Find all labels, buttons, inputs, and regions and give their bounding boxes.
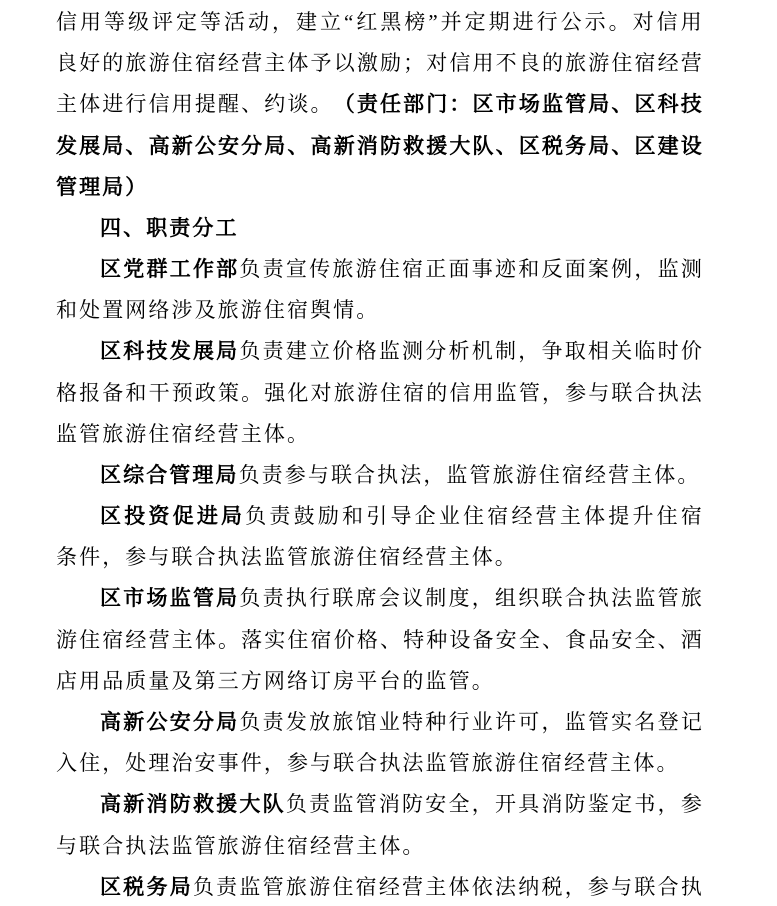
glyph: 、 [241,94,262,115]
glyph: 全 [635,630,656,651]
glyph: 分 [192,218,213,239]
glyph: 理 [148,753,169,774]
glyph: 参 [588,877,609,898]
glyph: 执 [125,836,146,857]
glyph: 和 [518,259,539,280]
glyph: 监 [426,753,447,774]
glyph: 联 [634,877,655,898]
glyph: 游 [588,53,609,74]
glyph: 营 [333,836,354,857]
glyph: 测 [402,341,423,362]
glyph: 落 [241,630,262,651]
glyph: 和 [125,383,146,404]
glyph: 馆 [356,712,377,733]
glyph: 法 [495,877,516,898]
glyph: 宿 [562,465,583,486]
glyph: 全 [449,794,470,815]
text-line-10: 格报备和干预政策。强化对旅游住宿的信用监管，参与联合执法 [56,373,702,414]
glyph: 件 [79,547,100,568]
glyph: 立 [320,12,341,33]
glyph: 高 [311,136,332,157]
glyph: 依 [472,877,493,898]
glyph: 合 [354,465,375,486]
glyph: 管 [287,547,308,568]
glyph: 旅 [565,53,586,74]
glyph: 时 [658,341,679,362]
glyph: 局 [215,465,236,486]
glyph: 监 [56,424,77,445]
glyph: 条 [56,547,77,568]
glyph: 局 [221,506,242,527]
glyph: 理 [79,177,100,198]
glyph: 安 [496,630,517,651]
glyph: 。 [609,12,630,33]
glyph: 管 [658,588,679,609]
glyph: 订 [310,671,331,692]
glyph: 住 [79,753,100,774]
glyph: 管 [195,836,216,857]
glyph: 防 [402,794,423,815]
text-line-2: 良好的旅游住宿经营主体予以激励；对信用不良的旅游住宿经营 [56,43,702,84]
glyph: 品 [102,671,123,692]
glyph: 防 [565,794,586,815]
glyph: 住 [264,300,285,321]
glyph: ： [449,94,470,115]
glyph: 良 [56,53,77,74]
glyph: 局 [216,712,237,733]
glyph: 进 [513,12,534,33]
glyph: 体 [472,547,493,568]
glyph: 执 [218,547,239,568]
glyph: 负 [193,877,214,898]
glyph: 监 [634,588,655,609]
glyph: 信 [657,12,678,33]
glyph: 群 [146,259,167,280]
glyph: 管 [519,383,540,404]
glyph: 业 [379,712,400,733]
glyph: 管 [193,588,214,609]
glyph: 级 [128,12,149,33]
glyph: 执 [588,588,609,609]
glyph: 。 [677,465,698,486]
glyph: 消 [541,794,562,815]
glyph: 行 [537,12,558,33]
glyph: 门 [426,94,447,115]
glyph: 党 [123,259,144,280]
glyph: 升 [632,506,653,527]
glyph: 对 [311,383,332,404]
glyph: 旅 [125,53,146,74]
glyph: 责 [263,712,284,733]
glyph: 公 [195,136,216,157]
glyph: 可 [518,712,539,733]
glyph: 责 [309,794,330,815]
glyph: 经 [310,836,331,857]
glyph: 报 [79,383,100,404]
glyph: 高 [100,712,121,733]
glyph: 负 [286,794,307,815]
glyph: 场 [519,94,540,115]
glyph: 涉 [171,300,192,321]
glyph: 以 [334,53,355,74]
glyph: 励 [318,506,339,527]
glyph: 税 [541,877,562,898]
glyph: 主 [356,836,377,857]
glyph: 第 [195,671,216,692]
glyph: 监 [426,671,447,692]
glyph: 负 [239,465,260,486]
glyph: 。 [287,424,308,445]
glyph: 新 [334,136,355,157]
glyph: 迹 [495,259,516,280]
glyph: （ [334,94,355,115]
glyph: 与 [148,547,169,568]
glyph: 监 [446,465,467,486]
text-line-22: 区税务局负责监管旅游住宿经营主体依法纳税，参与联合执 [56,867,702,906]
glyph: 旅 [332,712,353,733]
glyph: 区 [473,94,494,115]
glyph: 综 [123,465,144,486]
glyph: 、 [611,94,632,115]
glyph: 游 [125,424,146,445]
glyph: 区 [100,506,121,527]
glyph: 监 [496,383,517,404]
glyph: 名 [634,712,655,733]
glyph: 消 [357,136,378,157]
glyph: 促 [173,506,194,527]
glyph: 企 [415,506,436,527]
glyph: 与 [611,877,632,898]
glyph: 责 [357,94,378,115]
glyph: 参 [287,753,308,774]
glyph: 合 [195,547,216,568]
glyph: 络 [287,671,308,692]
glyph: 舆 [310,300,331,321]
glyph: 宿 [287,836,308,857]
glyph: 营 [218,424,239,445]
glyph: 宿 [356,877,377,898]
glyph: 高 [149,136,170,157]
glyph: 营 [402,877,423,898]
glyph: 与 [588,383,609,404]
glyph: 纳 [518,877,539,898]
glyph: 主 [449,547,470,568]
glyph: 事 [218,753,239,774]
glyph: 监 [239,877,260,898]
glyph: 店 [56,671,77,692]
glyph: 执 [377,465,398,486]
glyph: 住 [539,465,560,486]
glyph: 局 [102,177,123,198]
glyph: 住 [380,383,401,404]
glyph: 宿 [379,547,400,568]
glyph: 局 [216,341,237,362]
glyph: 游 [241,836,262,857]
glyph: 格 [356,341,377,362]
glyph: 安 [425,794,446,815]
glyph: 事 [472,259,493,280]
glyph: 放 [309,712,330,733]
glyph: 品 [588,630,609,651]
glyph: 住 [264,836,285,857]
text-line-6: 四、职责分工 [56,208,702,249]
glyph: 执 [681,877,702,898]
glyph: 网 [125,300,146,321]
glyph: 的 [402,671,423,692]
glyph: 法 [400,465,421,486]
glyph: 参 [681,794,702,815]
glyph: 体 [449,877,470,898]
glyph: 。 [218,630,239,651]
glyph: 四 [100,218,121,239]
glyph: 合 [565,588,586,609]
glyph: 技 [146,341,167,362]
glyph: 发 [170,341,191,362]
glyph: 宿 [635,53,656,74]
text-line-15: 区市场监管局负责执行联席会议制度，组织联合执法监管旅 [56,578,702,619]
glyph: ， [272,12,293,33]
glyph: 展 [193,341,214,362]
glyph: 全 [519,630,540,651]
text-line-17: 店用品质量及第三方网络订房平台的监管。 [56,661,702,702]
glyph: 处 [125,753,146,774]
glyph: 经 [379,877,400,898]
glyph: 局 [170,877,191,898]
glyph: 负 [245,506,266,527]
glyph: 局 [216,588,237,609]
glyph: 酒 [681,630,702,651]
glyph: 记 [681,712,702,733]
glyph: 和 [56,300,77,321]
glyph: 区 [519,136,540,157]
glyph: 市 [496,94,517,115]
glyph: 。 [356,300,377,321]
glyph: 设 [449,630,470,651]
glyph: 度 [449,588,470,609]
glyph: 场 [146,588,167,609]
glyph: 务 [146,877,167,898]
glyph: “ [344,12,353,33]
glyph: 建 [296,12,317,33]
glyph: 备 [473,630,494,651]
glyph: 游 [333,547,354,568]
glyph: 提 [608,506,629,527]
glyph: 安 [611,630,632,651]
glyph: 信 [449,383,470,404]
glyph: 。 [402,836,423,857]
glyph: 价 [332,341,353,362]
glyph: 监 [170,588,191,609]
glyph: 好 [79,53,100,74]
glyph: 联 [611,383,632,404]
glyph: 新 [172,136,193,157]
glyph: 大 [239,794,260,815]
glyph: 制 [425,588,446,609]
glyph: 。 [241,383,262,404]
glyph: 发 [56,136,77,157]
glyph: 展 [79,136,100,157]
glyph: 宿 [171,424,192,445]
glyph: 经 [218,53,239,74]
glyph: 机 [472,341,493,362]
glyph: 安 [195,753,216,774]
glyph: 作 [193,259,214,280]
glyph: 对 [633,12,654,33]
glyph: 励 [380,53,401,74]
glyph: 旅 [102,424,123,445]
glyph: 法 [402,753,423,774]
glyph: 进 [102,94,123,115]
glyph: 住 [332,877,353,898]
glyph: 管 [588,712,609,733]
glyph: 局 [264,136,285,157]
glyph: 食 [565,630,586,651]
glyph: 信 [149,94,170,115]
glyph: 科 [123,341,144,362]
glyph: ， [565,877,586,898]
glyph: 台 [379,671,400,692]
glyph: 分 [425,341,446,362]
glyph: 合 [635,383,656,404]
glyph: 约 [264,94,285,115]
glyph: 种 [425,712,446,733]
glyph: 执 [379,753,400,774]
glyph: 、 [123,218,144,239]
glyph: 宿 [287,300,308,321]
glyph: 区 [635,136,656,157]
glyph: 主 [610,753,631,774]
text-line-12: 区综合管理局负责参与联合执法，监管旅游住宿经营主体。 [56,455,702,496]
glyph: 安 [218,136,239,157]
glyph: 局 [588,94,609,115]
glyph: 处 [79,300,100,321]
glyph: 许 [495,712,516,733]
glyph: 宿 [311,630,332,651]
glyph: ， [658,794,679,815]
glyph: ， [423,465,444,486]
glyph: 建 [286,341,307,362]
glyph: 置 [102,300,123,321]
glyph: 发 [286,712,307,733]
glyph: 区 [100,259,121,280]
glyph: 面 [565,259,586,280]
glyph: 管 [79,424,100,445]
glyph: 体 [633,753,654,774]
glyph: 联 [332,588,353,609]
glyph: 干 [149,383,170,404]
glyph: 主 [631,465,652,486]
glyph: 强 [264,383,285,404]
glyph: 监 [332,794,353,815]
glyph: 建 [658,136,679,157]
glyph: 住 [379,259,400,280]
glyph: 游 [357,383,378,404]
glyph: 责 [262,465,283,486]
glyph: 监 [542,94,563,115]
glyph: 方 [241,671,262,692]
glyph: 体 [654,465,675,486]
text-line-3: 主体进行信用提醒、约谈。（责任部门：区市场监管局、区科技 [56,84,702,125]
glyph: 体 [379,836,400,857]
glyph: 管 [263,877,284,898]
glyph: 预 [172,383,193,404]
glyph: 营 [536,506,557,527]
glyph: 动 [248,12,269,33]
glyph: 用 [79,671,100,692]
glyph: 、 [496,136,517,157]
glyph: 安 [170,712,191,733]
glyph: 备 [102,383,123,404]
glyph: 职 [146,218,167,239]
glyph: 主 [560,506,581,527]
glyph: 主 [172,630,193,651]
glyph: 、 [287,136,308,157]
glyph: 织 [518,588,539,609]
glyph: 旅 [218,300,239,321]
glyph: 宣 [286,259,307,280]
glyph: 合 [102,836,123,857]
glyph: 黑 [380,12,401,33]
glyph: 负 [239,259,260,280]
glyph: 进 [197,506,218,527]
glyph: 公 [561,12,582,33]
glyph: 。 [472,671,493,692]
glyph: 评 [152,12,173,33]
glyph: 住 [356,547,377,568]
glyph: 经 [402,547,423,568]
glyph: 经 [195,424,216,445]
glyph: 区 [100,465,121,486]
glyph: 用 [473,53,494,74]
glyph: ， [634,259,655,280]
glyph: 席 [356,588,377,609]
glyph: 责 [263,259,284,280]
glyph: 宿 [541,753,562,774]
glyph: 醒 [218,94,239,115]
glyph: 旅 [472,753,493,774]
glyph: 格 [357,630,378,651]
glyph: 游 [241,300,262,321]
glyph: 住 [79,630,100,651]
glyph: 平 [356,671,377,692]
text-line-8: 和处置网络涉及旅游住宿舆情。 [56,290,702,331]
glyph: 具 [518,794,539,815]
glyph: 执 [286,588,307,609]
glyph: 价 [334,630,355,651]
glyph: 责 [169,218,190,239]
document-page: 信用等级评定等活动，建立“红黑榜”并定期进行公示。对信用良好的旅游住宿经营主体予… [0,0,777,906]
glyph: 与 [56,836,77,857]
glyph: 取 [565,341,586,362]
glyph: 游 [309,877,330,898]
glyph: 工 [215,218,236,239]
glyph: 例 [611,259,632,280]
glyph: 相 [588,341,609,362]
glyph: 体 [584,506,605,527]
glyph: 大 [449,136,470,157]
glyph: 测 [681,259,702,280]
glyph: 、 [611,136,632,157]
glyph: 监 [379,341,400,362]
glyph: 救 [403,136,424,157]
glyph: 案 [588,259,609,280]
glyph: 区 [100,588,121,609]
glyph: 予 [311,53,332,74]
glyph: 体 [79,94,100,115]
glyph: 任 [380,94,401,115]
glyph: ， [541,712,562,733]
glyph: 。 [495,547,516,568]
